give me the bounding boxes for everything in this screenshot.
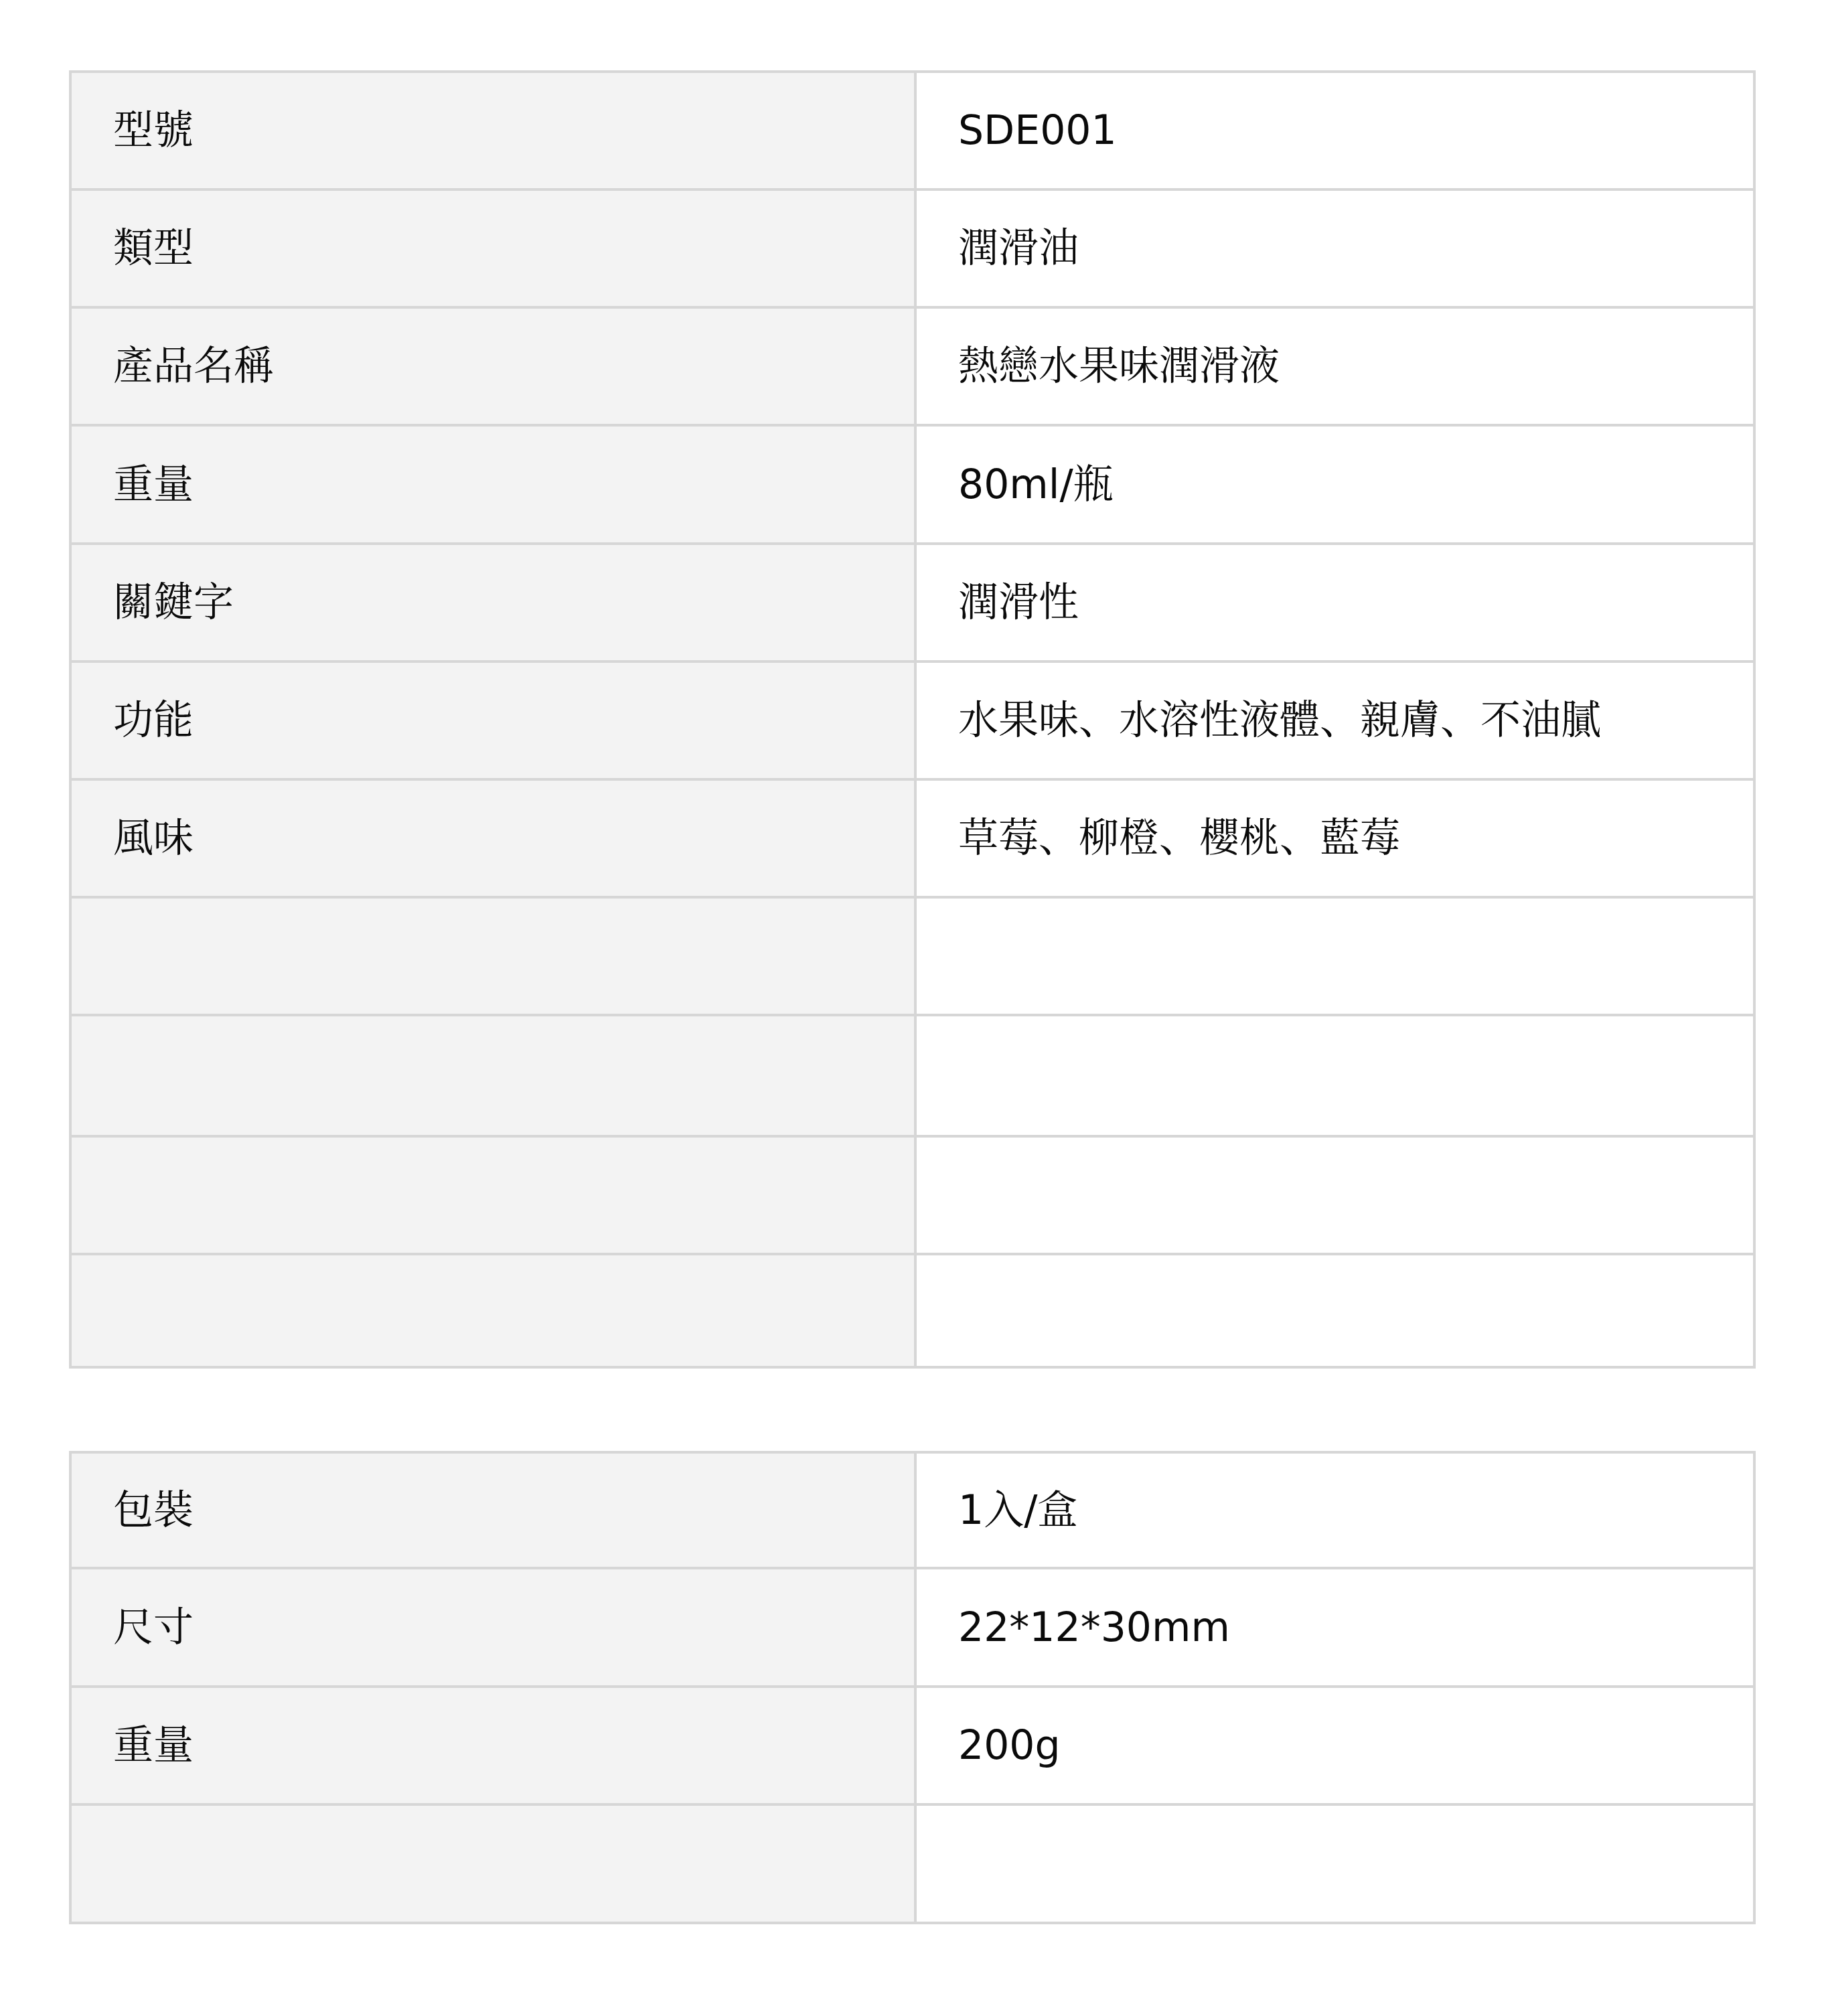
table-row-empty — [70, 1136, 1754, 1254]
spec-value-weight: 80ml/瓶 — [915, 425, 1754, 544]
spec-label-keywords: 關鍵字 — [70, 544, 915, 662]
table-row: 重量 200g — [70, 1687, 1754, 1804]
table-row: 型號 SDE001 — [70, 72, 1754, 189]
spec-value-empty — [915, 897, 1754, 1015]
table-row: 風味 草莓、柳橙、櫻桃、藍莓 — [70, 779, 1754, 897]
spec-value-product-name: 熱戀水果味潤滑液 — [915, 307, 1754, 425]
product-spec-table: 型號 SDE001 類型 潤滑油 產品名稱 熱戀水果味潤滑液 重量 80ml/瓶… — [69, 70, 1756, 1369]
spec-value-keywords: 潤滑性 — [915, 544, 1754, 662]
spec-value-function: 水果味、水溶性液體、親膚、不油膩 — [915, 662, 1754, 779]
spec-value-model: SDE001 — [915, 72, 1754, 189]
table-row-empty — [70, 1804, 1754, 1923]
spec-value-empty — [915, 1254, 1754, 1367]
spec-label-empty — [70, 1136, 915, 1254]
package-spec-table: 包裝 1入/盒 尺寸 22*12*30mm 重量 200g — [69, 1451, 1756, 1924]
spec-value-empty — [915, 1136, 1754, 1254]
spec-label-function: 功能 — [70, 662, 915, 779]
spec-value-flavor: 草莓、柳橙、櫻桃、藍莓 — [915, 779, 1754, 897]
package-label-empty — [70, 1804, 915, 1923]
table-row: 類型 潤滑油 — [70, 189, 1754, 307]
table-row: 尺寸 22*12*30mm — [70, 1568, 1754, 1687]
spec-value-type: 潤滑油 — [915, 189, 1754, 307]
package-label-packaging: 包裝 — [70, 1452, 915, 1568]
spec-label-flavor: 風味 — [70, 779, 915, 897]
table-row: 關鍵字 潤滑性 — [70, 544, 1754, 662]
table-row-empty — [70, 897, 1754, 1015]
table-row: 重量 80ml/瓶 — [70, 425, 1754, 544]
spec-label-weight: 重量 — [70, 425, 915, 544]
spec-label-product-name: 產品名稱 — [70, 307, 915, 425]
spec-label-model: 型號 — [70, 72, 915, 189]
table-row-empty — [70, 1015, 1754, 1136]
spec-label-empty — [70, 1015, 915, 1136]
package-value-weight: 200g — [915, 1687, 1754, 1804]
spec-label-type: 類型 — [70, 189, 915, 307]
spec-label-empty — [70, 1254, 915, 1367]
spec-value-empty — [915, 1015, 1754, 1136]
package-label-weight: 重量 — [70, 1687, 915, 1804]
table-row: 產品名稱 熱戀水果味潤滑液 — [70, 307, 1754, 425]
package-value-packaging: 1入/盒 — [915, 1452, 1754, 1568]
table-row: 功能 水果味、水溶性液體、親膚、不油膩 — [70, 662, 1754, 779]
package-value-empty — [915, 1804, 1754, 1923]
package-value-dimensions: 22*12*30mm — [915, 1568, 1754, 1687]
spec-label-empty — [70, 897, 915, 1015]
table-row-empty — [70, 1254, 1754, 1367]
package-label-dimensions: 尺寸 — [70, 1568, 915, 1687]
table-row: 包裝 1入/盒 — [70, 1452, 1754, 1568]
